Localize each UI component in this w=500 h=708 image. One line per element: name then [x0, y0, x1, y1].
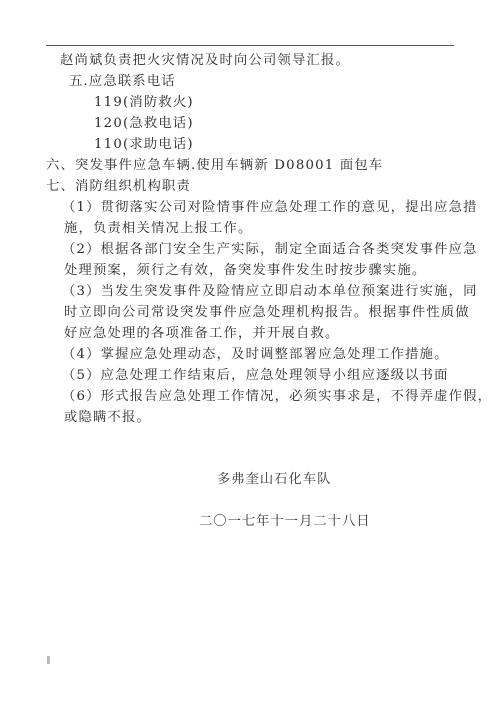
- page-footer-mark: [47, 656, 50, 664]
- duty-item-2-cont: 处理预案，须行之有效，备突发事件发生时按步骤实施。: [64, 260, 426, 281]
- section-heading-contacts: 五.应急联系电话: [69, 71, 176, 92]
- header-rule: [46, 45, 454, 46]
- section-heading-vehicle: 六、突发事件应急车辆.使用车辆新 D08001 面包车: [46, 155, 383, 176]
- section-heading-duties: 七、消防组织机构职责: [46, 176, 191, 197]
- phone-fire: 119(消防救火): [94, 92, 194, 113]
- duty-item-6-cont: 或隐瞒不报。: [64, 407, 151, 428]
- duty-item-5: （5）应急处理工作结束后，应急处理领导小组应逐级以书面: [62, 365, 449, 386]
- signature-organization: 多弗奎山石化车队: [217, 469, 331, 490]
- corner-mark: ·: [450, 41, 452, 48]
- duty-item-2: （2）根据各部门安全生产实际，制定全面适合各类突发事件应急: [62, 239, 478, 260]
- phone-police: 110(求助电话): [94, 134, 194, 155]
- duty-item-1: （1）贯彻落实公司对险情事件应急处理工作的意见，提出应急措: [62, 197, 478, 218]
- duty-item-3: （3）当发生突发事件及险情应立即启动本单位预案进行实施，同: [62, 281, 478, 302]
- duty-item-3-cont2: 好应急处理的各项准备工作，并开展自救。: [64, 323, 339, 344]
- duty-item-3-cont: 时立即向公司常设突发事件应急处理机构报告。根据事件性质做: [64, 302, 470, 323]
- duty-item-4: （4）掌握应急处理动态，及时调整部署应急处理工作措施。: [62, 344, 449, 365]
- duty-item-1-cont: 施，负责相关情况上报工作。: [64, 218, 252, 239]
- signature-date: 二〇一七年十一月二十八日: [199, 511, 371, 532]
- duty-item-6: （6）形式报告应急处理工作情况，必须实事求是，不得弄虚作假，: [62, 386, 492, 407]
- paragraph-line: 赵尚斌负责把火灾情况及时向公司领导汇报。: [60, 50, 350, 71]
- phone-ambulance: 120(急救电话): [94, 113, 194, 134]
